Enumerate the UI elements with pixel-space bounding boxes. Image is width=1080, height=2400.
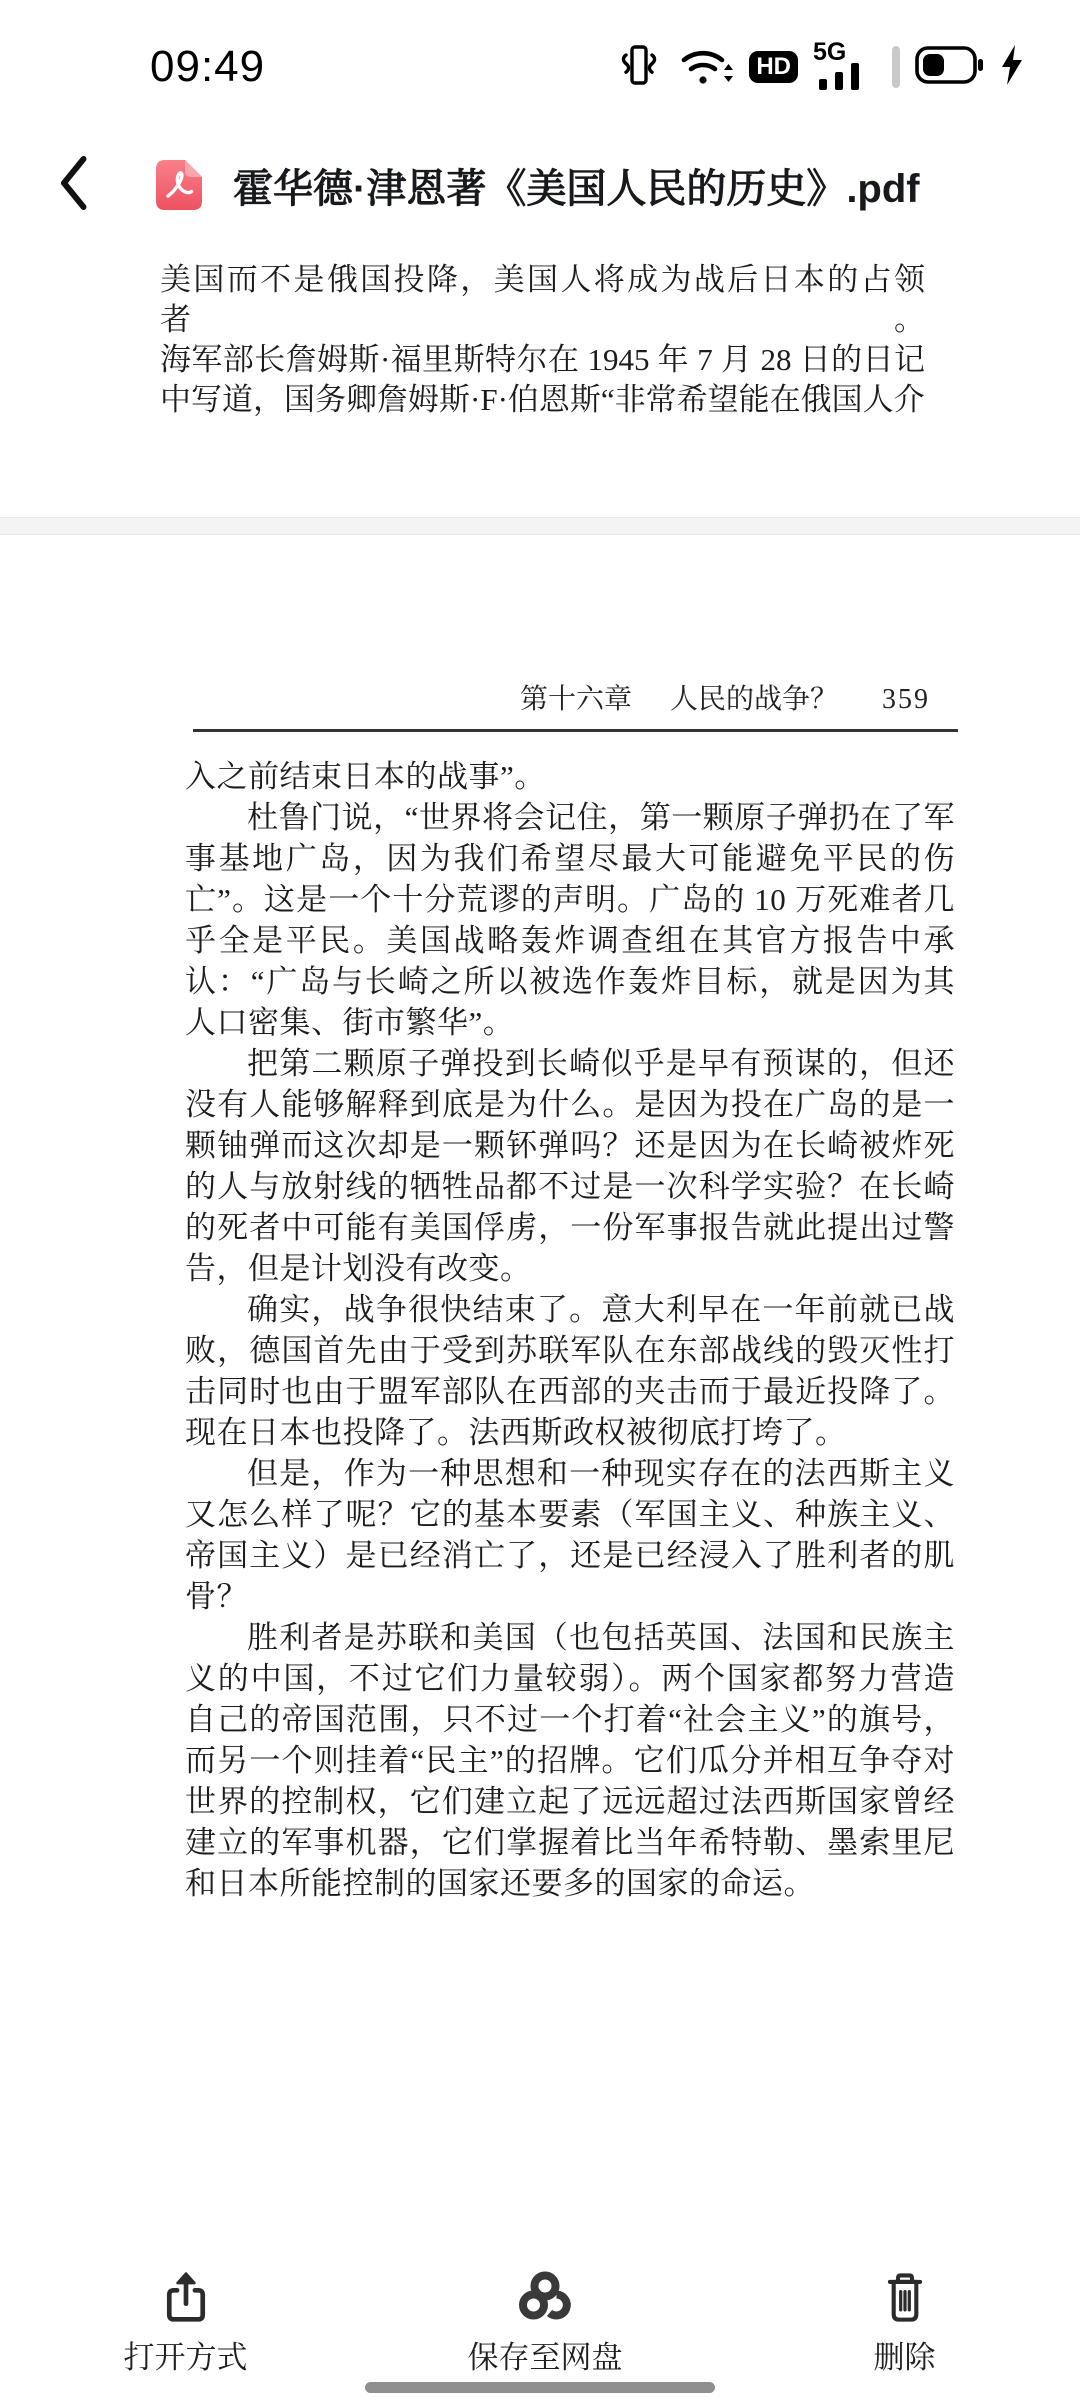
wifi-icon <box>676 42 734 93</box>
clock: 09:49 <box>150 42 265 92</box>
paragraph: 把第二颗原子弹投到长崎似乎是早有预谋的，但还没有人能够解释到底是为什么。是因为投… <box>185 1043 955 1289</box>
battery-icon <box>915 43 985 92</box>
scan-text-line: 美国而不是俄国投降，美国人将成为战后日本的占领者。 <box>160 260 925 340</box>
paragraph: 确实，战争很快结束了。意大利早在一年前就已战败，德国首先由于受到苏联军队在东部战… <box>185 1289 955 1453</box>
paragraph: 胜利者是苏联和美国（也包括英国、法国和民族主义的中国，不过它们力量较弱）。两个国… <box>185 1617 955 1904</box>
hd-badge: HD <box>749 51 798 83</box>
pdf-page-previous-fragment[interactable]: 美国而不是俄国投降，美国人将成为战后日本的占领者。 海军部长詹姆斯·福里斯特尔在… <box>0 250 1080 517</box>
trash-icon <box>879 2268 931 2326</box>
title-bar: 霍华德·津恩著《美国人民的历史》.pdf <box>0 120 1080 250</box>
chapter-title: 人民的战争？ <box>670 677 838 717</box>
signal-5g-icon: 5G <box>813 42 877 92</box>
pdf-page-359[interactable]: 第十六章 人民的战争？ 359 入之前结束日本的战事”。 杜鲁门说，“世界将会记… <box>0 535 1080 2240</box>
page-body-text: 入之前结束日本的战事”。 杜鲁门说，“世界将会记住，第一颗原子弹扔在了军事基地广… <box>185 756 955 1904</box>
save-to-cloud-label: 保存至网盘 <box>468 2342 623 2373</box>
phone-screen: 09:49 HD 5G <box>0 0 1080 2400</box>
running-header: 第十六章 人民的战争？ 359 <box>185 677 955 717</box>
header-rule <box>193 729 958 732</box>
charging-bolt-icon <box>1000 44 1024 91</box>
back-button[interactable] <box>55 150 99 220</box>
home-indicator[interactable] <box>365 2382 715 2393</box>
cloud-drive-icon <box>514 2268 576 2326</box>
open-with-share-icon <box>159 2268 213 2326</box>
delete-button[interactable]: 删除 <box>807 2268 1002 2373</box>
status-icons: HD 5G <box>617 42 1024 93</box>
open-with-button[interactable]: 打开方式 <box>88 2268 283 2373</box>
paragraph: 但是，作为一种思想和一种现实存在的法西斯主义又怎么样了呢？它的基本要素（军国主义… <box>185 1453 955 1617</box>
chapter-label: 第十六章 <box>520 677 632 717</box>
delete-label: 删除 <box>874 2342 936 2373</box>
scan-text-line: 海军部长詹姆斯·福里斯特尔在 1945 年 7 月 28 日的日记 <box>160 340 925 380</box>
paragraph: 入之前结束日本的战事”。 <box>185 756 955 797</box>
paragraph: 杜鲁门说，“世界将会记住，第一颗原子弹扔在了军事基地广岛，因为我们希望尽最大可能… <box>185 797 955 1043</box>
vibrate-icon <box>617 42 661 93</box>
save-to-cloud-button[interactable]: 保存至网盘 <box>448 2268 643 2373</box>
bottom-toolbar: 打开方式 保存至网盘 删除 <box>0 2240 1080 2400</box>
sim2-no-signal-icon <box>892 46 900 88</box>
document-title: 霍华德·津恩著《美国人民的历史》.pdf <box>233 157 920 214</box>
open-with-label: 打开方式 <box>124 2342 248 2373</box>
page-separator <box>0 517 1080 535</box>
page-number: 359 <box>882 684 930 716</box>
chevron-left-icon <box>55 153 91 218</box>
pdf-file-icon <box>155 159 203 211</box>
status-bar: 09:49 HD 5G <box>0 0 1080 120</box>
network-type-label: 5G <box>813 40 846 65</box>
scan-text-line: 中写道，国务卿詹姆斯·F·伯恩斯“非常希望能在俄国人介 <box>160 380 925 420</box>
